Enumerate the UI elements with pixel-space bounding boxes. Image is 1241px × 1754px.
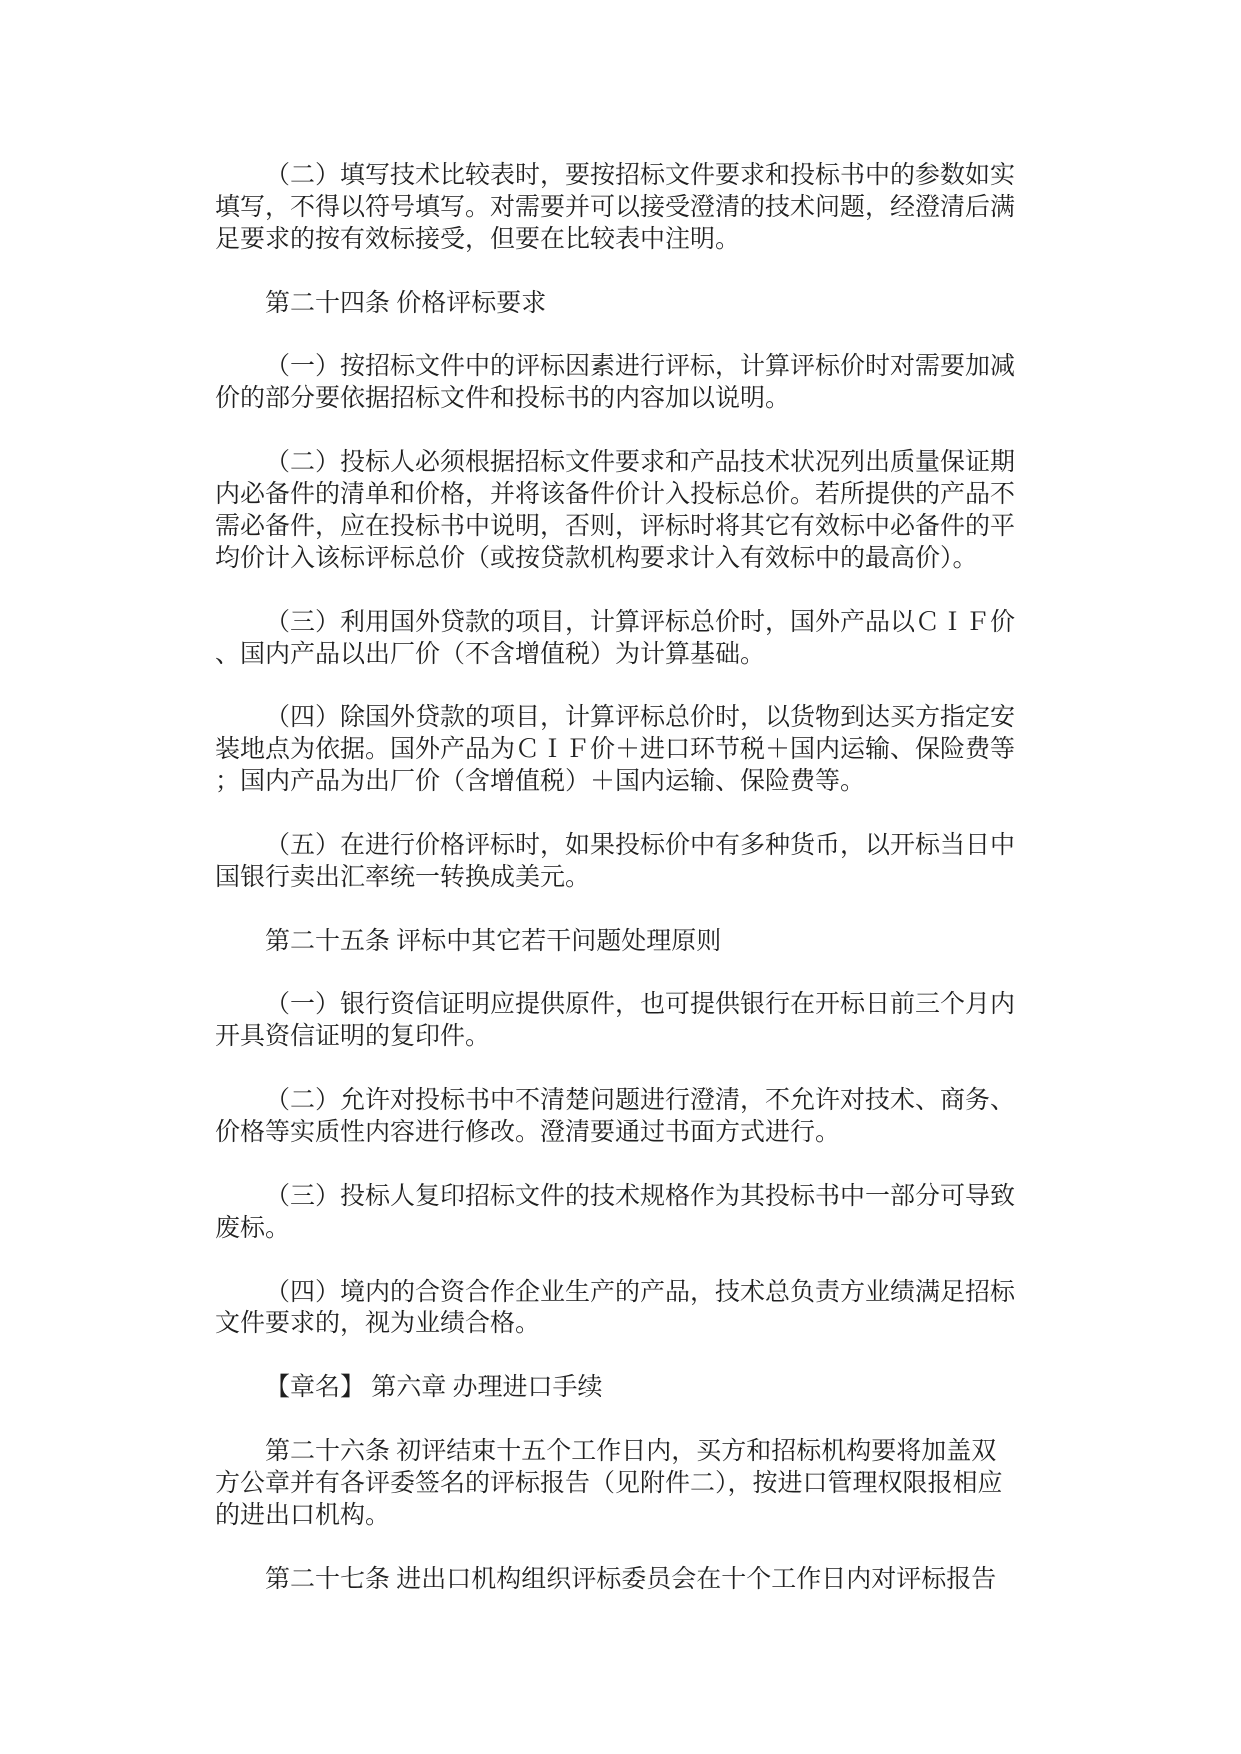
text-line: 需必备件，应在投标书中说明，否则，评标时将其它有效标中必备件的平 <box>215 511 1015 543</box>
text-line: 方公章并有各评委签名的评标报告（见附件二），按进口管理权限报相应 <box>215 1468 1015 1500</box>
text-line: 足要求的按有效标接受，但要在比较表中注明。 <box>215 224 1015 256</box>
paragraph: （一）按招标文件中的评标因素进行评标，计算评标价时对需要加减 价的部分要依据招标… <box>215 351 1015 415</box>
text-line: 第二十五条 评标中其它若干问题处理原则 <box>215 926 1015 958</box>
paragraph: （五）在进行价格评标时，如果投标价中有多种货币，以开标当日中 国银行卖出汇率统一… <box>215 830 1015 894</box>
text-line: （二）允许对投标书中不清楚问题进行澄清，不允许对技术、商务、 <box>215 1085 1015 1117</box>
text-line: （四）除国外贷款的项目，计算评标总价时，以货物到达买方指定安 <box>215 702 1015 734</box>
text-line: 、国内产品以出厂价（不含增值税）为计算基础。 <box>215 639 1015 671</box>
text-line: （一）按招标文件中的评标因素进行评标，计算评标价时对需要加减 <box>215 351 1015 383</box>
text-line: 价格等实质性内容进行修改。澄清要通过书面方式进行。 <box>215 1117 1015 1149</box>
text-line: 废标。 <box>215 1213 1015 1245</box>
text-line: 的进出口机构。 <box>215 1500 1015 1532</box>
text-line: （二）投标人必须根据招标文件要求和产品技术状况列出质量保证期 <box>215 447 1015 479</box>
paragraph: 第二十六条 初评结束十五个工作日内，买方和招标机构要将加盖双 方公章并有各评委签… <box>215 1436 1015 1532</box>
paragraph: （二）填写技术比较表时，要按招标文件要求和投标书中的参数如实 填写，不得以符号填… <box>215 160 1015 256</box>
text-line: （一）银行资信证明应提供原件，也可提供银行在开标日前三个月内 <box>215 989 1015 1021</box>
text-line: （三）利用国外贷款的项目，计算评标总价时，国外产品以ＣＩＦ价 <box>215 607 1015 639</box>
text-line: （二）填写技术比较表时，要按招标文件要求和投标书中的参数如实 <box>215 160 1015 192</box>
document-text: （二）填写技术比较表时，要按招标文件要求和投标书中的参数如实 填写，不得以符号填… <box>215 160 1015 1627</box>
text-line: 第二十四条 价格评标要求 <box>215 288 1015 320</box>
document-page: （二）填写技术比较表时，要按招标文件要求和投标书中的参数如实 填写，不得以符号填… <box>0 0 1241 1754</box>
text-line: 开具资信证明的复印件。 <box>215 1021 1015 1053</box>
text-line: 装地点为依据。国外产品为ＣＩＦ价＋进口环节税＋国内运输、保险费等 <box>215 734 1015 766</box>
paragraph: 第二十七条 进出口机构组织评标委员会在十个工作日内对评标报告 <box>215 1564 1015 1596</box>
paragraph: （二）投标人必须根据招标文件要求和产品技术状况列出质量保证期 内必备件的清单和价… <box>215 447 1015 575</box>
text-line: （三）投标人复印招标文件的技术规格作为其投标书中一部分可导致 <box>215 1181 1015 1213</box>
paragraph: （一）银行资信证明应提供原件，也可提供银行在开标日前三个月内 开具资信证明的复印… <box>215 989 1015 1053</box>
text-line: （五）在进行价格评标时，如果投标价中有多种货币，以开标当日中 <box>215 830 1015 862</box>
text-line: 第二十七条 进出口机构组织评标委员会在十个工作日内对评标报告 <box>215 1564 1015 1596</box>
paragraph: （四）除国外贷款的项目，计算评标总价时，以货物到达买方指定安 装地点为依据。国外… <box>215 702 1015 798</box>
chapter-label: 【章名】 第六章 办理进口手续 <box>215 1372 1015 1404</box>
text-line: （四）境内的合资合作企业生产的产品，技术总负责方业绩满足招标 <box>215 1277 1015 1309</box>
text-line: 【章名】 第六章 办理进口手续 <box>215 1372 1015 1404</box>
paragraph: （四）境内的合资合作企业生产的产品，技术总负责方业绩满足招标 文件要求的，视为业… <box>215 1277 1015 1341</box>
text-line: 国银行卖出汇率统一转换成美元。 <box>215 862 1015 894</box>
text-line: 内必备件的清单和价格，并将该备件价计入投标总价。若所提供的产品不 <box>215 479 1015 511</box>
text-line: 填写，不得以符号填写。对需要并可以接受澄清的技术问题，经澄清后满 <box>215 192 1015 224</box>
paragraph: （二）允许对投标书中不清楚问题进行澄清，不允许对技术、商务、 价格等实质性内容进… <box>215 1085 1015 1149</box>
text-line: 价的部分要依据招标文件和投标书的内容加以说明。 <box>215 383 1015 415</box>
article-heading: 第二十四条 价格评标要求 <box>215 288 1015 320</box>
article-heading: 第二十五条 评标中其它若干问题处理原则 <box>215 926 1015 958</box>
text-line: 文件要求的，视为业绩合格。 <box>215 1308 1015 1340</box>
text-line: 第二十六条 初评结束十五个工作日内，买方和招标机构要将加盖双 <box>215 1436 1015 1468</box>
text-line: ；国内产品为出厂价（含增值税）＋国内运输、保险费等。 <box>215 766 1015 798</box>
text-line: 均价计入该标评标总价（或按贷款机构要求计入有效标中的最高价）。 <box>215 543 1015 575</box>
paragraph: （三）投标人复印招标文件的技术规格作为其投标书中一部分可导致 废标。 <box>215 1181 1015 1245</box>
paragraph: （三）利用国外贷款的项目，计算评标总价时，国外产品以ＣＩＦ价 、国内产品以出厂价… <box>215 607 1015 671</box>
